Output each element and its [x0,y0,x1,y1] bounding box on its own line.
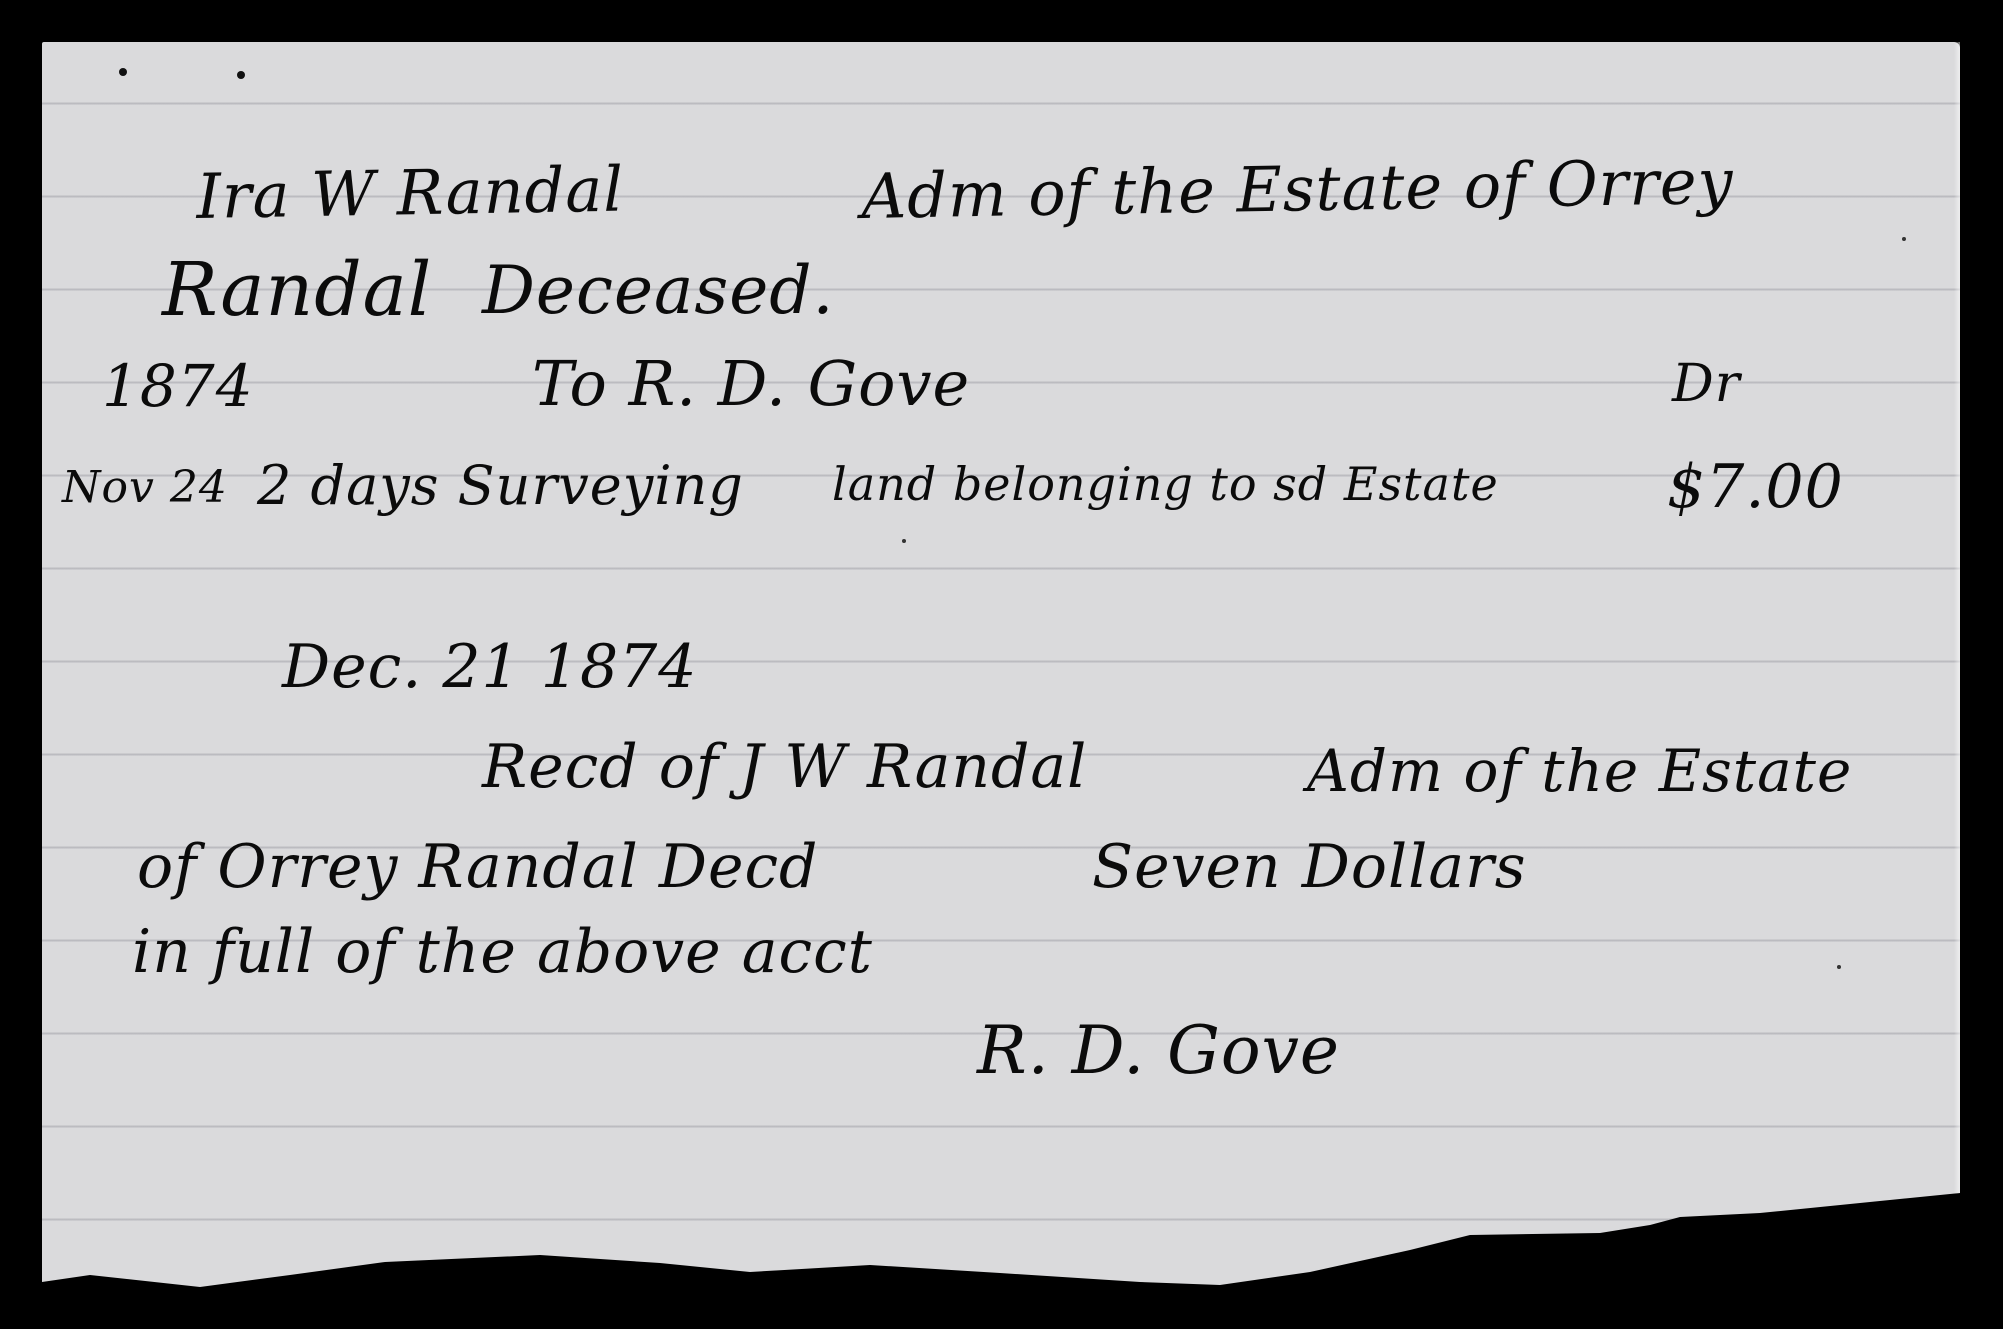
paper-speck [1902,237,1906,241]
punch-hole-2 [237,71,245,79]
entry-amount: $7.00 [1667,452,1844,522]
receipt-of-orrey-randal: of Orrey Randal Decd [137,832,818,902]
entry-date: Nov 24 [62,462,228,513]
receipt-received-of: Recd of J W Randal [482,732,1087,802]
account-to-creditor: To R. D. Gove [532,347,970,420]
account-year: 1874 [102,352,254,420]
receipt-date: Dec. 21 1874 [282,632,697,702]
document-paper: Ira W Randal Adm of the Estate of Orrey … [42,42,1960,1292]
header-deceased: Deceased. [482,252,835,329]
receipt-administrator-of-estate: Adm of the Estate [1307,737,1852,805]
header-administrator-of-estate: Adm of the Estate of Orrey [861,145,1734,233]
entry-description-land-estate: land belonging to sd Estate [832,457,1499,511]
account-debit-marker: Dr [1672,354,1741,414]
punch-hole-1 [119,68,127,76]
receipt-amount-words: Seven Dollars [1092,832,1527,902]
signature: R. D. Gove [977,1012,1340,1089]
paper-speck [1837,965,1841,969]
header-name-ira-w-randal: Ira W Randal [196,153,625,233]
paper-speck [902,539,906,543]
entry-description-days-surveying: 2 days Surveying [257,454,744,517]
header-surname-randal: Randal [162,247,432,333]
receipt-in-full: in full of the above acct [132,917,873,987]
paper-edge [1954,42,1960,1292]
